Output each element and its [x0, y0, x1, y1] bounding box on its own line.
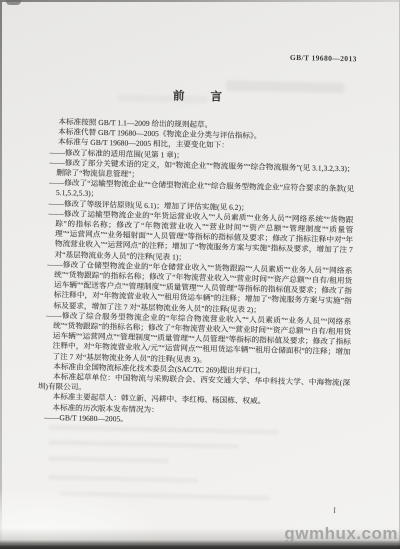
page-header: GB/T 19680—2013: [0, 41, 399, 67]
foreword-change-item: ——修改了仓储型物流企业的“年仓储营业收入”“货物跟踪”“人员素质”“业务人员”…: [39, 260, 352, 318]
scan-edge-top: [0, 0, 400, 2]
site-watermark: gwmhux.com: [284, 524, 398, 544]
page-number: I: [333, 506, 336, 515]
foreword-change-item: ——修改了综合服务型物流企业的“年综合物流营业收入”“人员素质”“业务人员”“网…: [38, 311, 351, 369]
scan-edge-left: [0, 0, 2, 549]
page-content: GB/T 19680—2013 前 言 本标准按照 GB/T 1.1—2009 …: [0, 0, 400, 549]
foreword-change-item: ——修改了运输型物流企业的“年货运营业收入”“人员素质”“业务人员”“网络系统”…: [41, 209, 354, 267]
standard-number: GB/T 19680—2013: [290, 53, 357, 63]
scan-corner-mark: [6, 0, 21, 5]
bleedthrough-mark: [48, 456, 168, 464]
bleedthrough-mark: [49, 440, 239, 449]
scanned-standard-page: GB/T 19680—2013 前 言 本标准按照 GB/T 1.1—2009 …: [0, 0, 400, 549]
bleedthrough-mark: [48, 475, 198, 483]
foreword-body: 本标准按照 GB/T 1.1—2009 给出的规则起草。 本标准代替 GB/T …: [0, 116, 397, 430]
